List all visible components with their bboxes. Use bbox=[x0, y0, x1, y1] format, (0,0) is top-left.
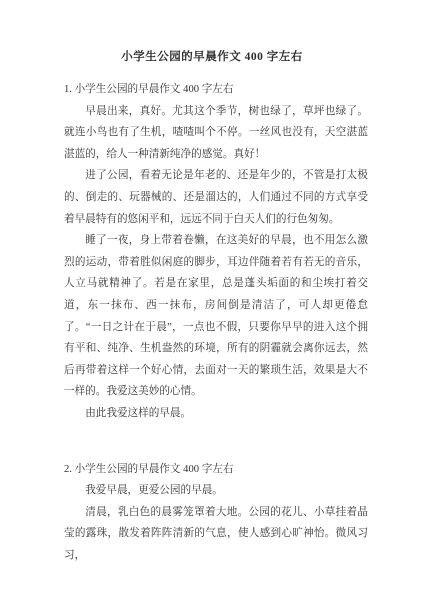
document-title: 小学生公园的早晨作文 400 字左右 bbox=[0, 0, 424, 65]
section-2-paragraph-1: 我爱早晨，更爱公园的早晨。 bbox=[64, 480, 368, 502]
section-1-paragraph-3: 睡了一夜，身上带着卷懒，在这美好的早晨，也不用怎么激烈的运动，带着胜似闲庭的脚步… bbox=[64, 230, 368, 403]
section-1-paragraph-4: 由此我爱这样的早晨。 bbox=[64, 403, 368, 425]
section-1-paragraph-1: 早晨出来，真好。尤其这个季节，树也绿了，草坪也绿了。就连小鸟也有了生机，喳喳叫个… bbox=[64, 101, 368, 166]
section-2-paragraph-2: 清晨，乳白色的晨雾笼罩着大地。公园的花儿、小草挂着晶莹的露珠，散发着阵阵清新的气… bbox=[64, 502, 368, 567]
section-1-paragraph-2: 进了公园，看着无论是年老的、还是年少的，不管是打太极的、倒走的、玩器械的、还是溜… bbox=[64, 165, 368, 230]
document-page: 小学生公园的早晨作文 400 字左右 1. 小学生公园的早晨作文 400 字左右… bbox=[0, 0, 424, 600]
document-body: 1. 小学生公园的早晨作文 400 字左右 早晨出来，真好。尤其这个季节，树也绿… bbox=[64, 79, 368, 566]
section-2-heading: 2. 小学生公园的早晨作文 400 字左右 bbox=[64, 459, 368, 481]
section-1-heading: 1. 小学生公园的早晨作文 400 字左右 bbox=[64, 79, 368, 101]
